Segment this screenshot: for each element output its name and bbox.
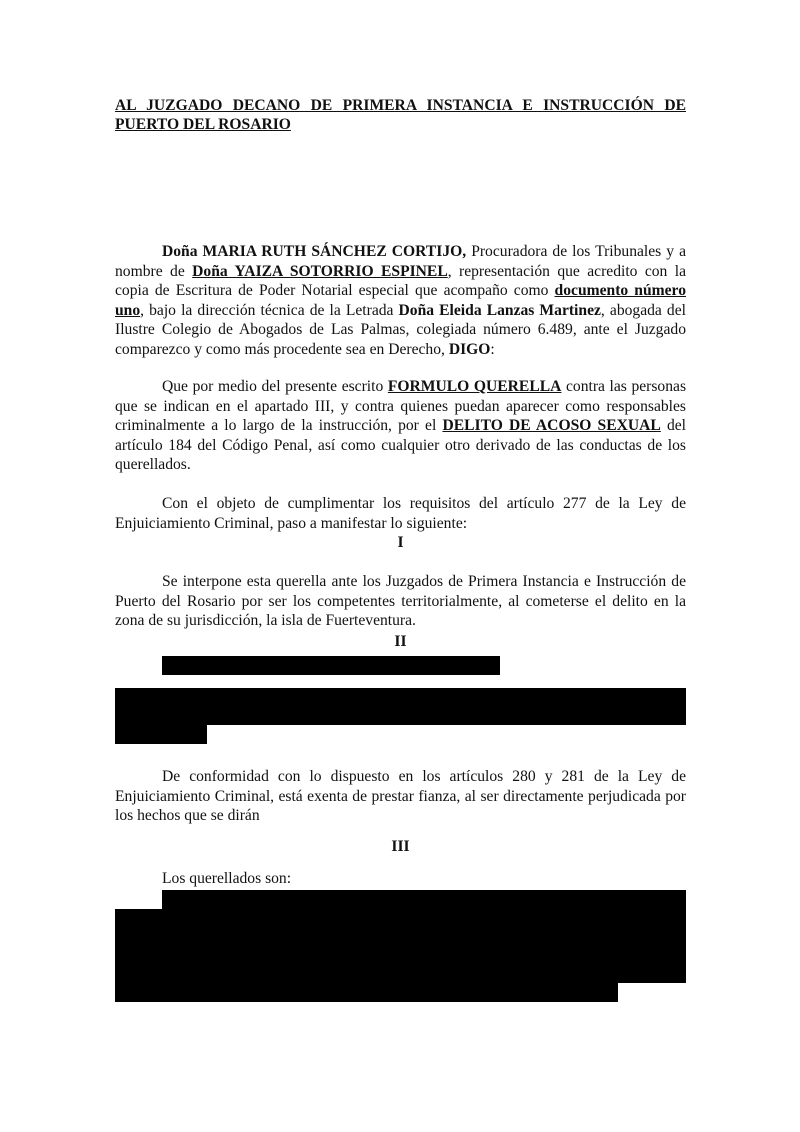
paragraph-appearance: Doña MARIA RUTH SÁNCHEZ CORTIJO, Procura… [115, 242, 686, 360]
redaction-box [115, 909, 686, 983]
text-span: , bajo la dirección técnica de la Letrad… [140, 302, 398, 319]
redaction-box [162, 656, 500, 675]
digo-keyword: DIGO [449, 341, 491, 358]
paragraph-fianza: De conformidad con lo dispuesto en los a… [115, 767, 686, 826]
title-line-2: PUERTO DEL ROSARIO [115, 115, 686, 134]
paragraph-querellados: Los querellados son: [115, 869, 686, 889]
redaction-box [115, 982, 618, 1002]
client-name: Doña YAIZA SOTORRIO ESPINEL [192, 263, 448, 280]
procuradora-name: Doña MARIA RUTH SÁNCHEZ CORTIJO, [162, 243, 466, 260]
delito-name: DELITO DE ACOSO SEXUAL [442, 417, 660, 434]
text-span: Que por medio del presente escrito [162, 378, 388, 395]
title-line-1: AL JUZGADO DECANO DE PRIMERA INSTANCIA E… [115, 96, 686, 115]
redaction-box [115, 725, 207, 744]
section-heading-III: III [115, 837, 686, 856]
section-heading-II: II [115, 632, 686, 651]
formulo-querella: FORMULO QUERELLA [388, 378, 562, 395]
document-title: AL JUZGADO DECANO DE PRIMERA INSTANCIA E… [115, 96, 686, 134]
text-span: : [490, 341, 494, 358]
document-page: AL JUZGADO DECANO DE PRIMERA INSTANCIA E… [0, 0, 800, 1132]
paragraph-competencia: Se interpone esta querella ante los Juzg… [115, 572, 686, 631]
paragraph-querella: Que por medio del presente escrito FORMU… [115, 377, 686, 475]
section-heading-I: I [115, 533, 686, 552]
lawyer-name: Doña Eleida Lanzas Martinez [399, 302, 601, 319]
redaction-box [162, 890, 686, 910]
paragraph-requisitos: Con el objeto de cumplimentar los requis… [115, 494, 686, 533]
redaction-box [115, 688, 686, 725]
